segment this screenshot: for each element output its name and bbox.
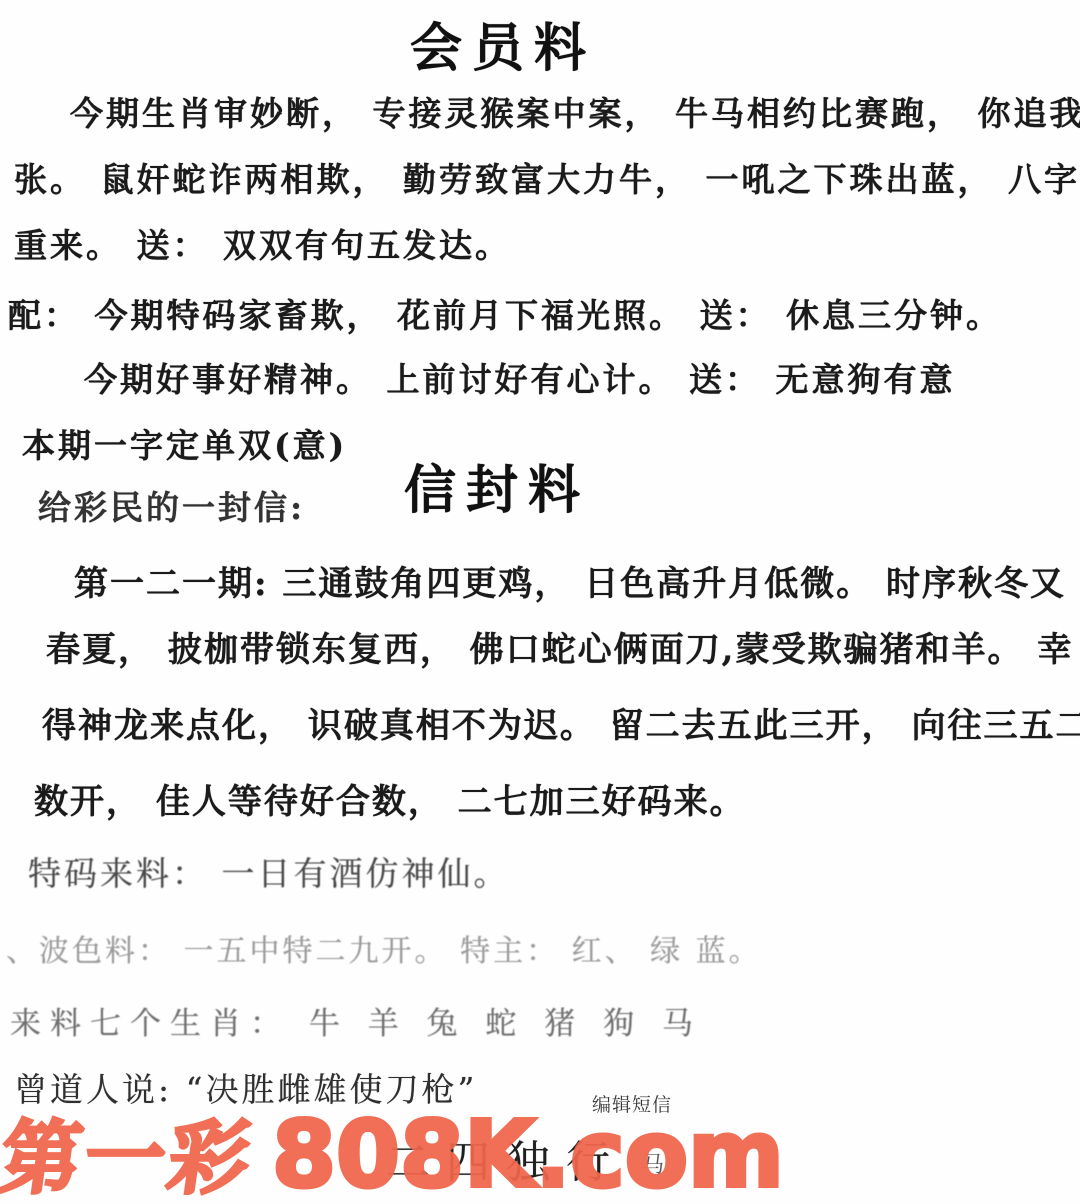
- letter-line: 第一二一期: 三通鼓角四更鸡， 日色高升月低微。 时序秋冬又: [74, 556, 1066, 605]
- member-section-title: 会员料: [410, 6, 596, 81]
- letter-line: 春夏， 披枷带锁东复西， 佛口蛇心俩面刀,蒙受欺骗猪和羊。 幸: [46, 622, 1073, 671]
- envelope-section-title: 信封料: [404, 448, 590, 523]
- watermark-brand-cn: 第一彩: [0, 1094, 262, 1204]
- member-paragraph-line: 张。 鼠奸蛇诈两相欺， 勤劳致富大力牛， 一吼之下珠出蓝， 八字是双喜: [14, 154, 1080, 201]
- watermark-site-url: 808K.com: [272, 1101, 784, 1204]
- haoshi-line: 今期好事好精神。 上前讨好有心计。 送： 无意狗有意: [84, 354, 955, 401]
- scanned-lottery-sheet: 会员料 今期生肖审妙断， 专接灵猴案中案， 牛马相约比赛跑， 你追我赶正紧 张。…: [0, 0, 1080, 1204]
- member-paragraph-line: 今期生肖审妙断， 专接灵猴案中案， 牛马相约比赛跑， 你追我赶正紧: [70, 88, 1080, 135]
- tema-line: 特码来料： 一日有酒仿神仙。: [28, 848, 510, 895]
- member-paragraph-line: 重来。 送： 双双有句五发达。: [14, 220, 511, 267]
- pei-line: 配： 今期特码家畜欺， 花前月下福光照。 送： 休息三分钟。: [8, 290, 1002, 337]
- shengxiao-line: 来料七个生肖： 牛 羊 兔 蛇 猪 狗 马: [10, 998, 702, 1043]
- bose-line: 、波色料： 一五中特二九开。 特主： 红、 绿 蓝。: [6, 926, 762, 970]
- letter-line: 得神龙来点化， 识破真相不为迟。 留二去五此三开， 向往三五二: [42, 698, 1080, 747]
- letter-line: 数开， 佳人等待好合数， 二七加三好码来。: [34, 774, 746, 823]
- site-watermark: 第一彩 808K.com: [2, 1094, 784, 1204]
- letter-intro-line: 给彩民的一封信:: [38, 482, 305, 529]
- yizi-line: 本期一字定单双(意): [22, 420, 347, 467]
